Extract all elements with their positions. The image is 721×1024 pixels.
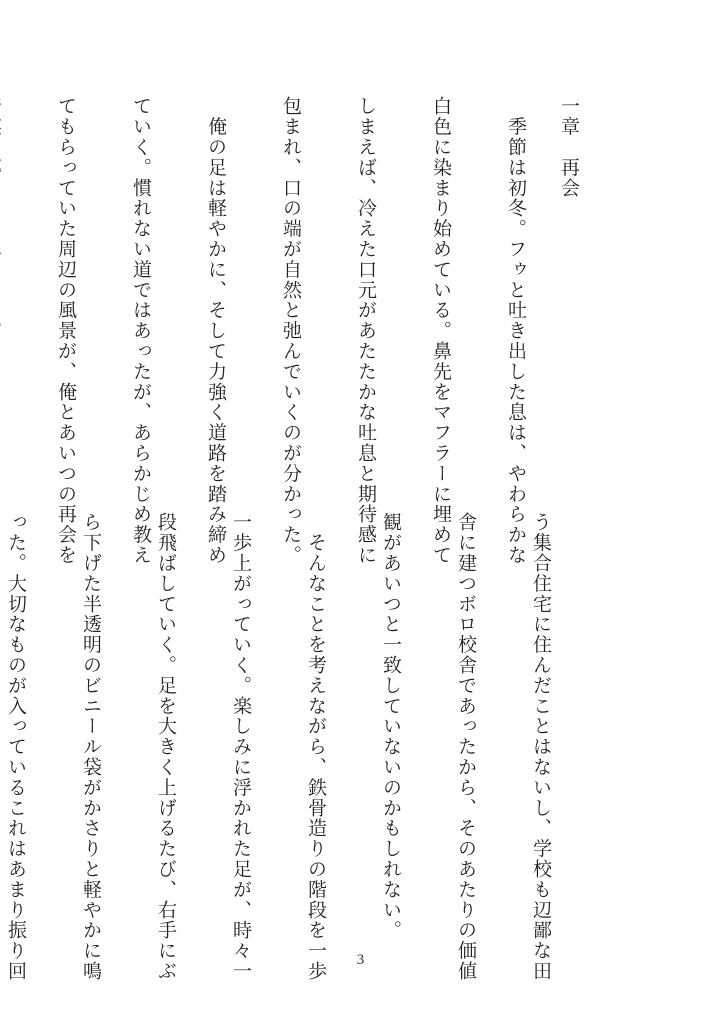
text-column: 季節は初冬。フゥと吐き出した息は、やわらかな	[503, 96, 528, 468]
text-column: 観があいつと一致していないのかもしれない。	[378, 512, 403, 892]
book-page: 一章 再会 季節は初冬。フゥと吐き出した息は、やわらかな 白色に染まり始めている…	[0, 0, 721, 1024]
text-block-bottom: う集合住宅に住んだことはないし、学校も辺鄙な田 舎に建つボロ校舎であったから、そ…	[0, 512, 603, 892]
text-column: う集合住宅に住んだことはないし、学校も辺鄙な田	[528, 512, 553, 892]
text-block-top: 季節は初冬。フゥと吐き出した息は、やわらかな 白色に染まり始めている。鼻先をマフ…	[0, 96, 578, 468]
text-column: 包まれ、口の端が自然と弛んでいくのが分かった。	[278, 96, 303, 468]
text-column: った。大切なものが入っているこれはあまり振り回	[3, 512, 28, 892]
page-number: 3	[0, 952, 721, 969]
text-column: てもらっていた周辺の風景が、俺とあいつの再会を	[53, 96, 78, 468]
text-column: 舎に建つボロ校舎であったから、そのあたりの価値	[453, 512, 478, 892]
text-column: 一歩上がっていく。楽しみに浮かれた足が、時々一	[228, 512, 253, 892]
text-column: 俺の足は軽やかに、そして力強く道路を踏み締め	[203, 96, 228, 468]
text-column: 白色に染まり始めている。鼻先をマフラーに埋めて	[428, 96, 453, 468]
text-column: 着実に導いてくれていた。	[0, 96, 3, 468]
text-column: しまえば、冷えた口元があたたかな吐息と期待感に	[353, 96, 378, 468]
text-column: ていく。慣れない道ではあったが、あらかじめ教え	[128, 96, 153, 468]
text-column: そんなことを考えながら、鉄骨造りの階段を一歩	[303, 512, 328, 892]
text-column: 段飛ばしていく。足を大きく上げるたび、右手にぶ	[153, 512, 178, 892]
text-column: ら下げた半透明のビニール袋がかさりと軽やかに鳴	[78, 512, 103, 892]
